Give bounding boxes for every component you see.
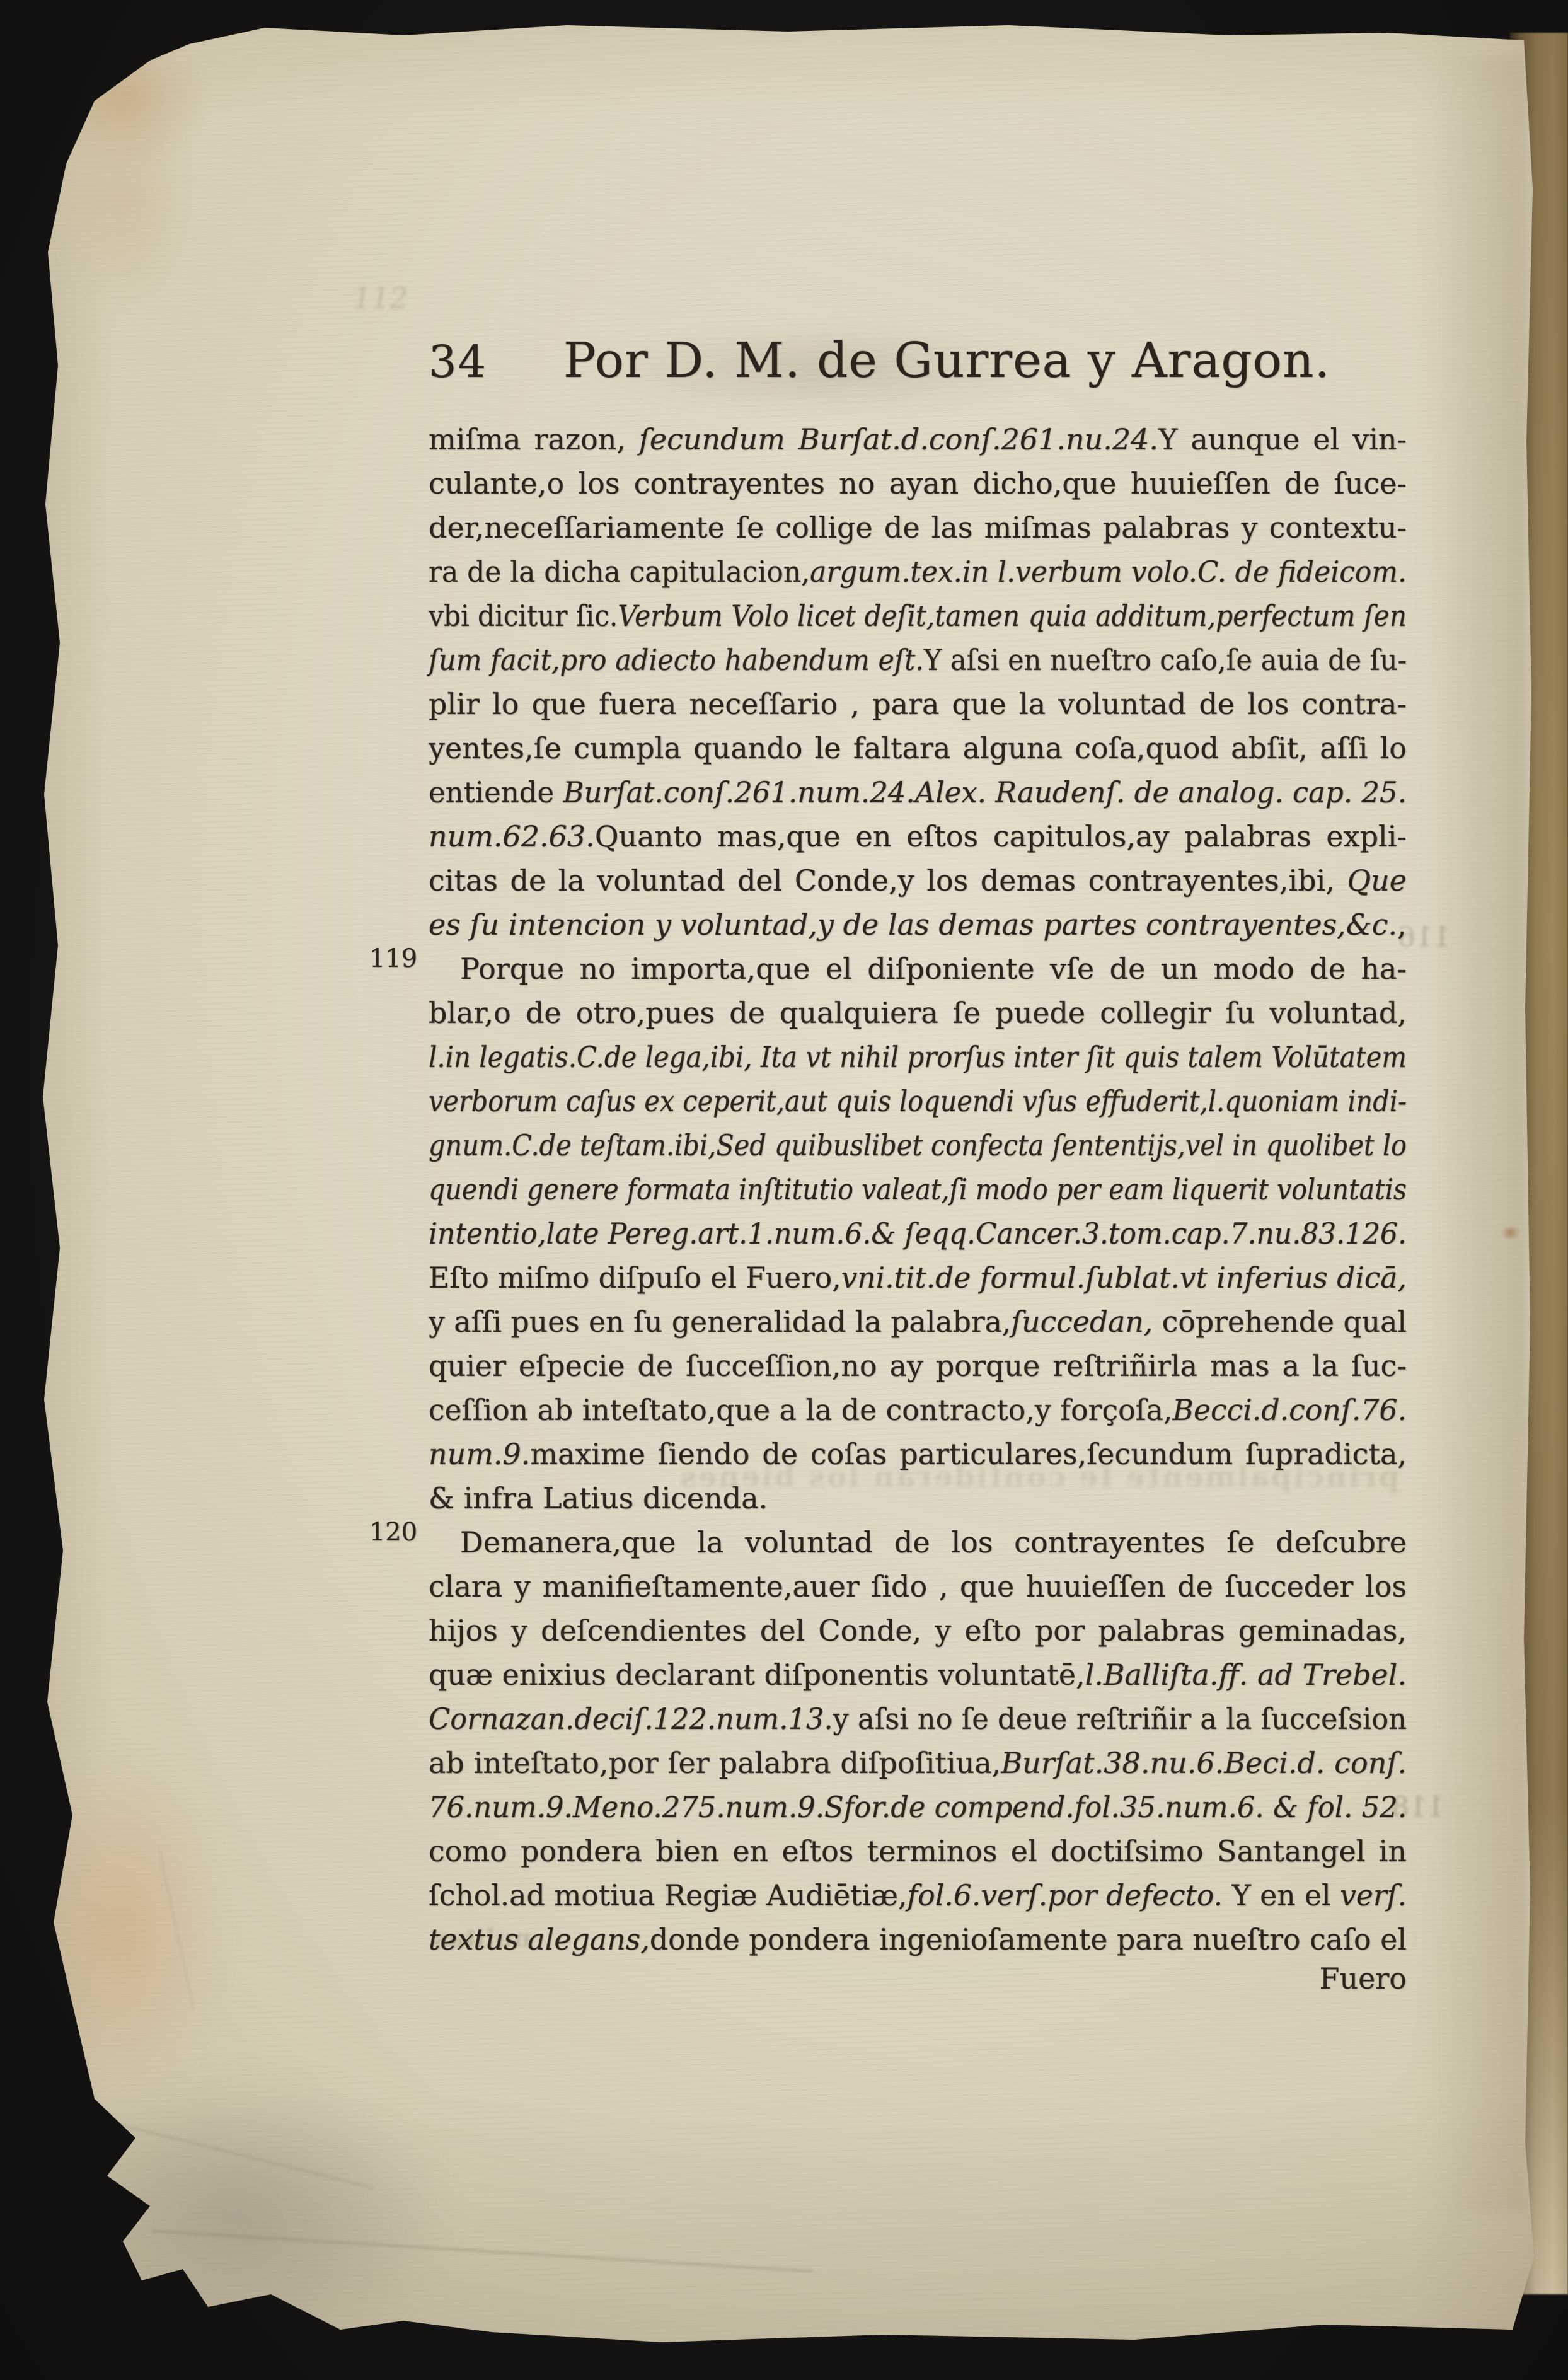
text-line: Porque no importa,que el diſponiente vſe… (429, 947, 1407, 991)
roman-text: ſchol.ad motiua Regiæ Audiētiæ, (429, 1878, 907, 1912)
paper-crease (159, 1849, 194, 2010)
text-line: culante,o los contrayentes no ayan dicho… (429, 461, 1407, 505)
italic-citation: num.9. (429, 1437, 530, 1471)
text-line: Eſto miſmo diſpuſo el Fuero,vni.tit.de f… (429, 1256, 1396, 1300)
roman-text: miſma razon, (429, 422, 639, 456)
roman-text: Eſto miſmo diſpuſo el Fuero, (429, 1261, 841, 1295)
pencil-ghost-number: 112 (353, 281, 408, 315)
page-header: 34 Por D. M. de Gurrea y Aragon. (429, 333, 1407, 389)
roman-text: ab inteſtato,por ſer palabra diſpoſitiua… (429, 1746, 1001, 1780)
text-line: clara y manifieſtamente,auer ſido , que … (429, 1564, 1407, 1609)
italic-citation: gnum.C.de teſtam.ibi,Sed quibuslibet con… (429, 1128, 1407, 1162)
italic-citation: ſum facit,pro adiecto habendum eſt. (429, 643, 924, 677)
text-line: gnum.C.de teſtam.ibi,Sed quibuslibet con… (429, 1123, 1309, 1167)
text-line: ceſſion ab inteſtato,que a la de contrac… (429, 1388, 1401, 1432)
italic-citation: num.62.63. (429, 819, 595, 853)
italic-citation: ſecundum Burſat.d.conſ.261.nu.24. (639, 422, 1158, 456)
paper-crease (152, 2230, 812, 2272)
italic-citation: argum.tex.in l.verbum volo.C. de fideico… (810, 555, 1407, 589)
italic-citation: quendi genere formata inſtitutio valeat,… (429, 1172, 1407, 1206)
text-line: plir lo que fuera neceſſario , para que … (429, 682, 1407, 726)
paper-stain (37, 24, 207, 169)
catchword: Fuero (1320, 1961, 1407, 1996)
italic-citation: Que (1347, 864, 1407, 898)
roman-text: Quanto mas,que en eſtos capitulos,ay pal… (595, 819, 1407, 853)
italic-citation: intentio,late Pereg.art.1.num.6.& ſeqq.C… (429, 1216, 1407, 1251)
italic-citation: Cornazan.deciſ.122.num.13. (429, 1702, 833, 1736)
italic-citation: 76.num.9.Meno.275.num.9.Sfor.de compend.… (429, 1790, 1407, 1824)
paper-stain (23, 1752, 224, 2105)
text-line: miſma razon, ſecundum Burſat.d.conſ.261.… (429, 417, 1407, 461)
roman-text: & infra Latius dicenda. (429, 1481, 768, 1515)
text-line: Cornazan.deciſ.122.num.13.y aſsi no ſe d… (429, 1697, 1380, 1741)
italic-citation: fol.6.verſ.por defecto. (907, 1878, 1223, 1912)
text-line: citas de la voluntad del Conde,y los dem… (429, 858, 1407, 903)
text-line: y aſſi pues en ſu generalidad la palabra… (429, 1300, 1400, 1344)
roman-text: citas de la voluntad del Conde,y los dem… (429, 864, 1347, 898)
italic-citation: Becci.d.conſ.76. (1172, 1393, 1407, 1427)
text-line: quier eſpecie de ſucceſſion,no ay porque… (429, 1344, 1407, 1388)
italic-citation: Burſat.38.nu.6.Beci.d. conſ. (1001, 1746, 1407, 1780)
roman-text: culante,o los contrayentes no ayan dicho… (429, 466, 1407, 500)
italic-citation: ſuccedan, (1011, 1305, 1153, 1339)
italic-citation: Verbum Volo licet deſit,tamen quia addit… (618, 599, 1407, 633)
catchword-row: Fuero (429, 1961, 1407, 1996)
roman-text: Porque no importa,que el diſponiente vſe… (460, 952, 1407, 986)
roman-text: maxime ſiendo de coſas particulares,ſecu… (530, 1437, 1407, 1471)
text-line: ſum facit,pro adiecto habendum eſt.Y aſs… (429, 638, 1344, 682)
text-line: textus alegans,donde pondera ingenioſame… (429, 1917, 1403, 1961)
text-line: intentio,late Pereg.art.1.num.6.& ſeqq.C… (429, 1211, 1363, 1256)
roman-text: yentes,ſe cumpla quando le faltara algun… (429, 731, 1407, 765)
text-line: como pondera bien en eſtos terminos el d… (429, 1829, 1407, 1873)
roman-text: ra de la dicha capitulacion, (429, 555, 810, 589)
roman-text: Y en el (1223, 1878, 1340, 1912)
paper-stain (1501, 1225, 1520, 1240)
roman-text: y aſsi no ſe deue reſtriñir a la ſucceſs… (833, 1702, 1407, 1736)
roman-text: Y aſsi en nueſtro caſo,ſe auia de ſu- (924, 643, 1407, 677)
page-curve-shading (1437, 57, 1525, 2212)
roman-text: quier eſpecie de ſucceſſion,no ay porque… (429, 1349, 1407, 1383)
text-line: yentes,ſe cumpla quando le faltara algun… (429, 726, 1407, 770)
book-page: 116 118 principalmente ſe conſideran los… (0, 0, 1568, 2380)
text-line: ra de la dicha capitulacion,argum.tex.in… (429, 550, 1363, 594)
italic-citation: l.in legatis.C.de lega,ibi, Ita vt nihil… (429, 1040, 1407, 1074)
roman-text: , (1397, 908, 1407, 942)
roman-text: clara y manifieſtamente,auer ſido , que … (429, 1569, 1407, 1603)
text-line: ſchol.ad motiua Regiæ Audiētiæ,fol.6.ver… (429, 1873, 1398, 1917)
roman-text: vbi dicitur ſic. (429, 599, 618, 633)
margin-paragraph-number-120: 120 (364, 1518, 422, 1547)
roman-text: blar,o de otro,pues de qualquiera ſe pue… (429, 996, 1407, 1030)
text-line: l.in legatis.C.de lega,ibi, Ita vt nihil… (429, 1035, 1318, 1079)
roman-text: quæ enixius declarant diſponentis volunt… (429, 1658, 1085, 1692)
text-line: quendi genere formata inſtitutio valeat,… (429, 1167, 1303, 1211)
running-title: Por D. M. de Gurrea y Aragon. (487, 333, 1407, 389)
italic-citation: vni.tit.de formul.ſublat.vt inferius dic… (841, 1261, 1407, 1295)
paper-stain (25, 2067, 454, 2364)
italic-citation: Burſat.conſ.261.num.24.Alex. Raudenſ. de… (563, 775, 1407, 809)
text-line: 76.num.9.Meno.275.num.9.Sfor.de compend.… (429, 1785, 1383, 1829)
text-line: quæ enixius declarant diſponentis volunt… (429, 1653, 1405, 1697)
text-line: num.9.maxime ſiendo de coſas particulare… (429, 1432, 1407, 1476)
text-line: der,neceſſariamente ſe collige de las mi… (429, 505, 1407, 550)
paper-stain (55, 95, 188, 303)
roman-text: Demanera,que la voluntad de los contraye… (460, 1525, 1407, 1559)
roman-text: Y aunque el vin- (1158, 422, 1407, 456)
roman-text: como pondera bien en eſtos terminos el d… (429, 1834, 1407, 1868)
roman-text: entiende (429, 775, 563, 809)
italic-citation: textus alegans, (429, 1922, 650, 1956)
text-line: & infra Latius dicenda. (429, 1476, 1407, 1520)
italic-citation: es ſu intencion y voluntad,y de las dema… (429, 908, 1397, 942)
margin-paragraph-number-119: 119 (364, 944, 422, 973)
text-line: blar,o de otro,pues de qualquiera ſe pue… (429, 991, 1407, 1035)
text-line: ab inteſtato,por ſer palabra diſpoſitiua… (429, 1741, 1407, 1785)
text-line: vbi dicitur ſic.Verbum Volo licet deſit,… (429, 594, 1329, 638)
text-line: Demanera,que la voluntad de los contraye… (429, 1520, 1407, 1564)
italic-citation: l.Balliſta.ff. ad Trebel. (1085, 1658, 1407, 1692)
roman-text: y aſſi pues en ſu generalidad la palabra… (429, 1305, 1011, 1339)
text-line: hijos y deſcendientes del Conde, y eſto … (429, 1609, 1407, 1653)
roman-text: ceſſion ab inteſtato,que a la de contrac… (429, 1393, 1172, 1427)
text-line: verborum caſus ex ceperit,aut quis loque… (429, 1079, 1309, 1123)
roman-text: plir lo que fuera neceſſario , para que … (429, 687, 1407, 721)
text-line: es ſu intencion y voluntad,y de las dema… (429, 903, 1407, 947)
photo-background: 116 118 principalmente ſe conſideran los… (0, 0, 1568, 2380)
italic-citation: verborum caſus ex ceperit,aut quis loque… (429, 1084, 1407, 1118)
roman-text: donde pondera ingenioſamente para nueſtr… (650, 1922, 1407, 1956)
italic-citation: verſ. (1340, 1878, 1407, 1912)
folio-number: 34 (429, 336, 487, 388)
text-line: num.62.63.Quanto mas,que en eſtos capitu… (429, 814, 1407, 858)
roman-text: der,neceſſariamente ſe collige de las mi… (429, 511, 1407, 545)
paper-crease (117, 2123, 374, 2189)
roman-text: hijos y deſcendientes del Conde, y eſto … (429, 1614, 1407, 1648)
text-block: miſma razon, ſecundum Burſat.d.conſ.261.… (429, 417, 1407, 1961)
roman-text: cōprehende qual (1153, 1305, 1407, 1339)
text-line: entiende Burſat.conſ.261.num.24.Alex. Ra… (429, 770, 1385, 814)
